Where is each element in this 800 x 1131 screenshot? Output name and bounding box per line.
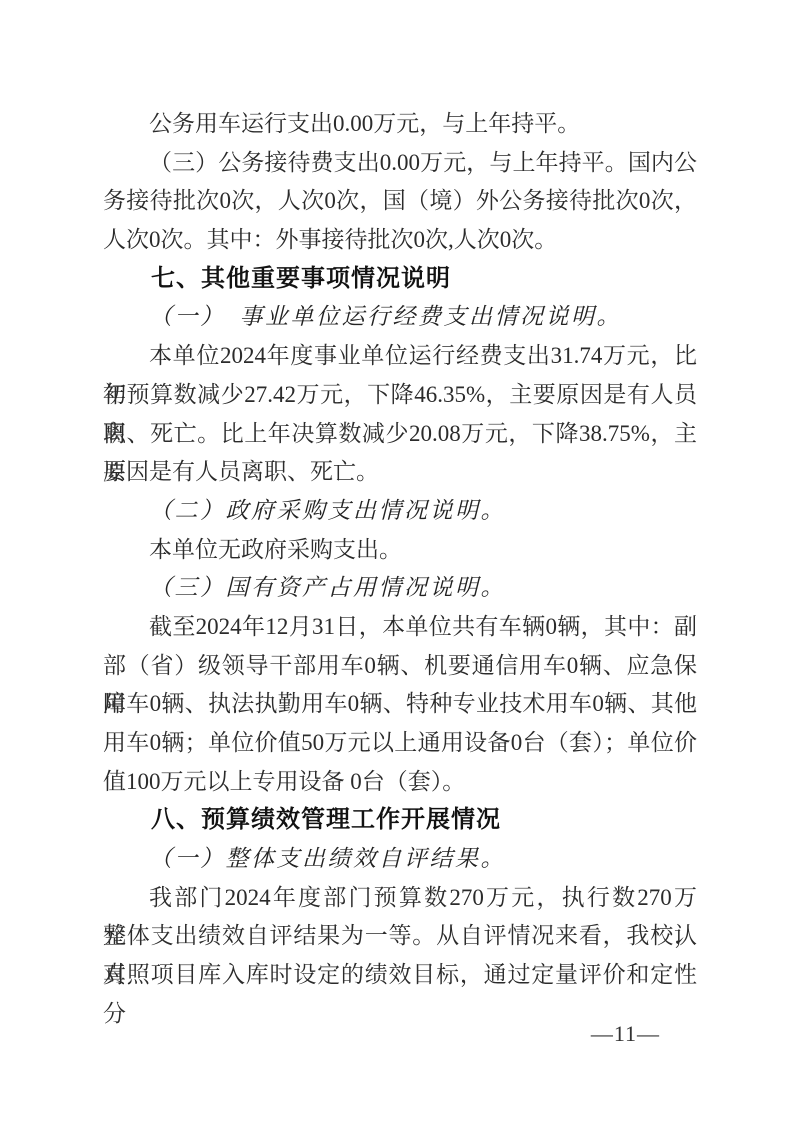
page-number: —11—: [591, 1020, 660, 1048]
text-line-19: 八、预算绩效管理工作开展情况: [103, 801, 697, 840]
text-line-18: 值100万元以上专用设备 0台（套）。: [103, 763, 697, 802]
text-line-15: 部（省）级领导干部用车0辆、机要通信用车0辆、应急保障: [103, 647, 697, 686]
text-line-14: 截至2024年12月31日，本单位共有车辆0辆，其中：副: [103, 608, 697, 647]
text-line-9: 职、死亡。比上年决算数减少20.08万元，下降38.75%，主要: [103, 415, 697, 454]
text-line-1: 公务用车运行支出0.00万元，与上年持平。: [103, 105, 697, 144]
text-line-23: 对照项目库入库时设定的绩效目标，通过定量评价和定性分: [103, 956, 697, 995]
text-line-7: 本单位2024年度事业单位运行经费支出31.74万元，比年: [103, 337, 697, 376]
text-line-5: 七、其他重要事项情况说明: [103, 260, 697, 299]
text-line-10: 原因是有人员离职、死亡。: [103, 453, 697, 492]
text-line-12: 本单位无政府采购支出。: [103, 531, 697, 570]
text-line-17: 用车0辆；单位价值50万元以上通用设备0台（套）；单位价: [103, 724, 697, 763]
text-line-3: 务接待批次0次，人次0次，国（境）外公务接待批次0次，: [103, 182, 697, 221]
text-line-4: 人次0次。其中：外事接待批次0次,人次0次。: [103, 221, 697, 260]
text-line-22: 整体支出绩效自评结果为一等。从自评情况来看，我校认真: [103, 917, 697, 956]
text-line-16: 用车0辆、执法执勤用车0辆、特种专业技术用车0辆、其他: [103, 685, 697, 724]
text-line-20: （一）整体支出绩效自评结果。: [103, 840, 697, 879]
text-line-2: （三）公务接待费支出0.00万元，与上年持平。国内公: [103, 144, 697, 183]
text-line-11: （二）政府采购支出情况说明。: [103, 492, 697, 531]
document-body: 公务用车运行支出0.00万元，与上年持平。（三）公务接待费支出0.00万元，与上…: [103, 105, 697, 995]
text-line-6: （一） 事业单位运行经费支出情况说明。: [103, 298, 697, 337]
text-line-8: 初预算数减少27.42万元，下降46.35%，主要原因是有人员离: [103, 376, 697, 415]
text-line-13: （三）国有资产占用情况说明。: [103, 569, 697, 608]
document-page: 公务用车运行支出0.00万元，与上年持平。（三）公务接待费支出0.00万元，与上…: [0, 0, 800, 1131]
text-line-21: 我部门2024年度部门预算数270万元，执行数270万元，: [103, 879, 697, 918]
